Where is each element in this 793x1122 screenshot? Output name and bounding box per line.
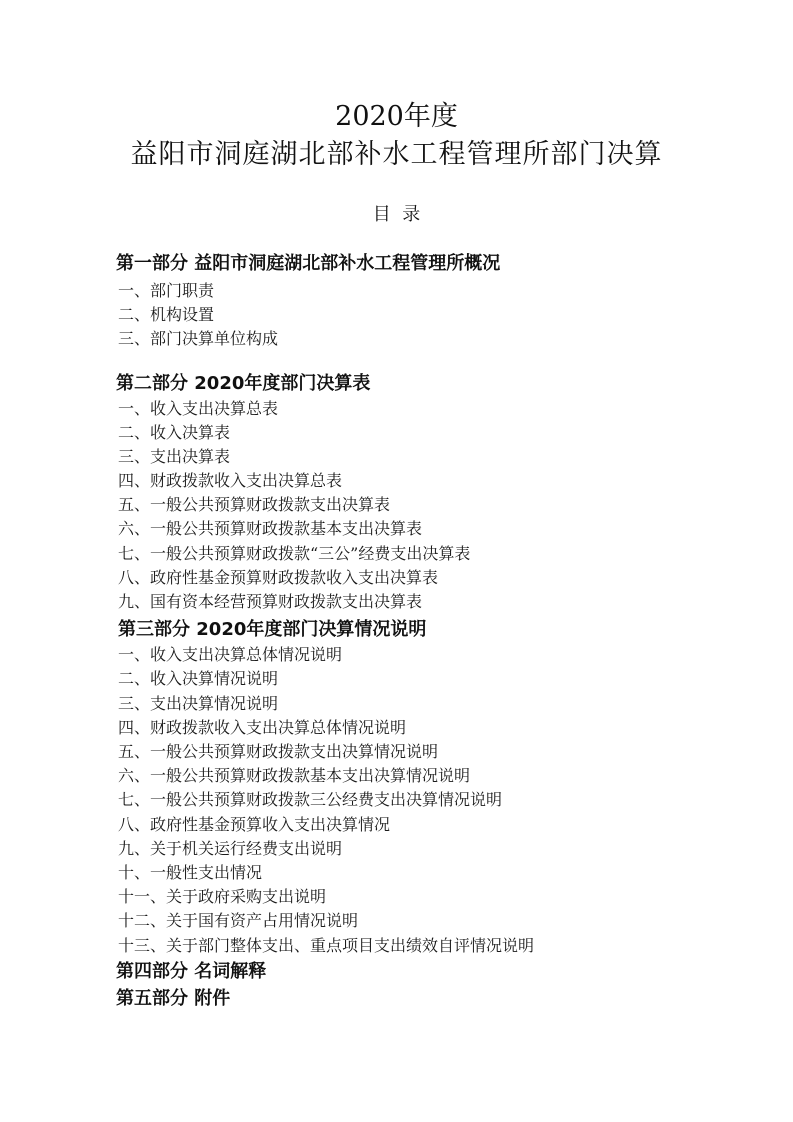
toc-heading: 目 录 [0,203,793,227]
toc-item: 八、政府性基金预算收入支出决算情况 [118,814,390,836]
toc-item: 十二、关于国有资产占用情况说明 [118,910,358,932]
toc-item: 三、支出决算情况说明 [118,693,278,715]
toc-item: 五、一般公共预算财政拨款支出决算情况说明 [118,741,438,763]
toc-item: 三、部门决算单位构成 [118,328,278,350]
toc-part-1-heading: 第一部分 益阳市洞庭湖北部补水工程管理所概况 [116,252,500,276]
toc-item: 十一、关于政府采购支出说明 [118,886,326,908]
toc-part-2-heading: 第二部分 2020年度部门决算表 [116,372,370,396]
toc-item: 十三、关于部门整体支出、重点项目支出绩效自评情况说明 [118,935,534,957]
toc-item: 二、收入决算情况说明 [118,668,278,690]
document-page: 2020年度 益阳市洞庭湖北部补水工程管理所部门决算 目 录 第一部分 益阳市洞… [0,0,793,1122]
toc-item: 七、一般公共预算财政拨款“三公”经费支出决算表 [118,543,470,565]
toc-item: 一、收入支出决算总表 [118,398,278,420]
toc-item: 二、机构设置 [118,304,214,326]
toc-item: 六、一般公共预算财政拨款基本支出决算情况说明 [118,765,470,787]
toc-item: 七、一般公共预算财政拨款三公经费支出决算情况说明 [118,789,502,811]
toc-item: 九、关于机关运行经费支出说明 [118,838,342,860]
toc-item: 六、一般公共预算财政拨款基本支出决算表 [118,518,422,540]
toc-part-5-heading: 第五部分 附件 [116,987,230,1011]
toc-part-4-heading: 第四部分 名词解释 [116,960,266,984]
toc-item: 八、政府性基金预算财政拨款收入支出决算表 [118,567,438,589]
toc-item: 三、支出决算表 [118,446,230,468]
document-year-title: 2020年度 [0,100,793,134]
toc-part-3-heading: 第三部分 2020年度部门决算情况说明 [118,618,426,642]
toc-item: 一、收入支出决算总体情况说明 [118,644,342,666]
toc-item: 四、财政拨款收入支出决算总体情况说明 [118,717,406,739]
toc-item: 十、一般性支出情况 [118,862,262,884]
toc-item: 五、一般公共预算财政拨款支出决算表 [118,494,390,516]
toc-item: 二、收入决算表 [118,422,230,444]
toc-item: 四、财政拨款收入支出决算总表 [118,470,342,492]
document-main-title: 益阳市洞庭湖北部补水工程管理所部门决算 [0,137,793,173]
toc-item: 一、部门职责 [118,280,214,302]
toc-item: 九、国有资本经营预算财政拨款支出决算表 [118,591,422,613]
